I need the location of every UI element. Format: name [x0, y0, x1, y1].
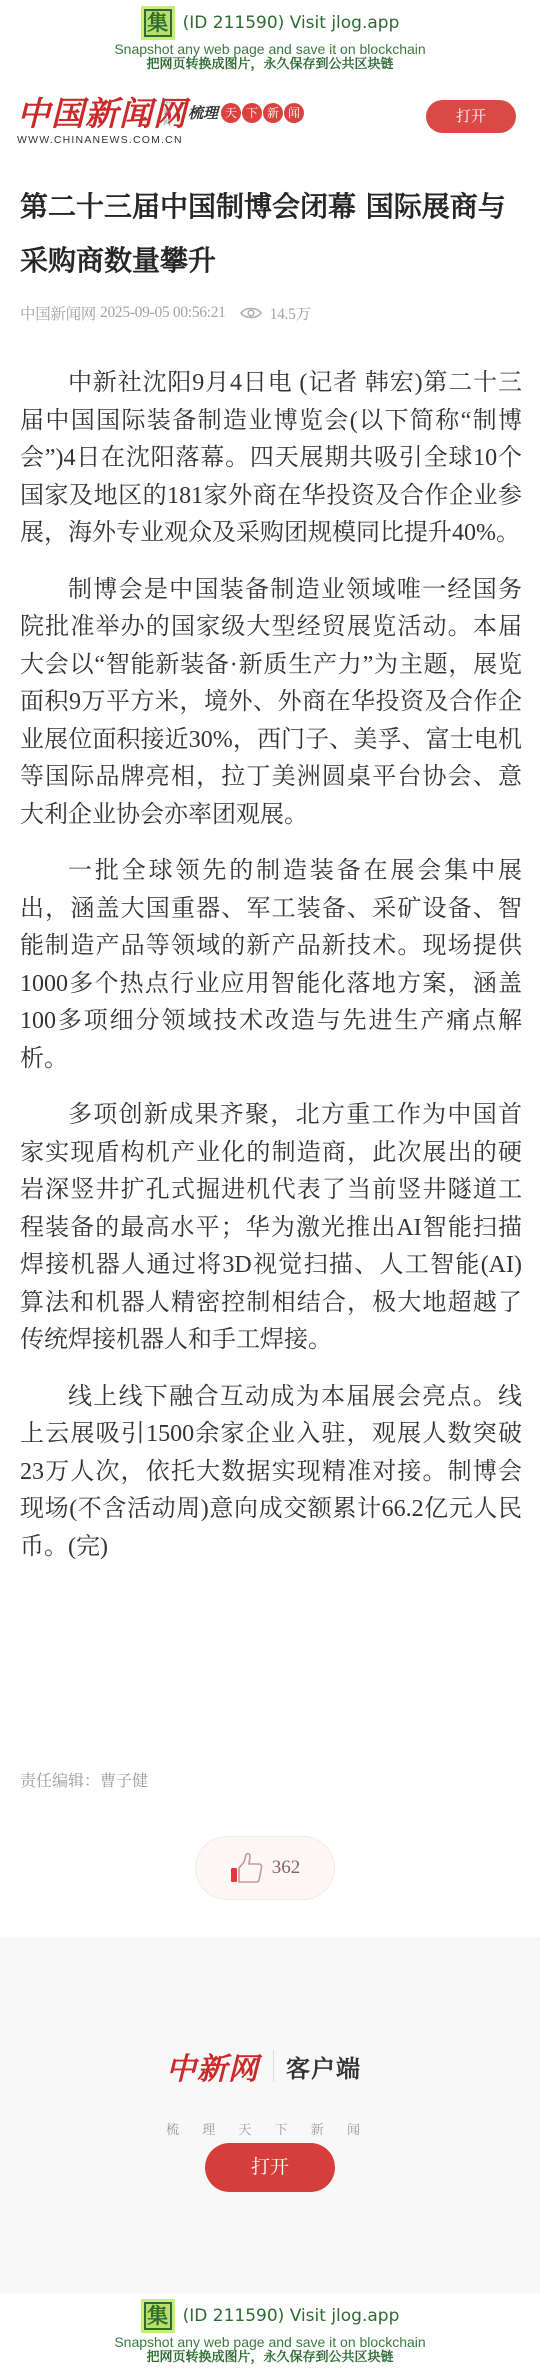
slogan-circle: 下: [242, 103, 262, 123]
site-url: WWW.CHINANEWS.COM.CN: [17, 134, 183, 146]
promo-slogan-char: 新: [311, 2119, 324, 2138]
site-header: 中国新闻网 中新网 WWW.CHINANEWS.COM.CN 梳理 天 下 新 …: [0, 80, 540, 156]
slogan-lead: 梳理: [188, 102, 218, 123]
article-paragraph: 多项创新成果齐聚，北方重工作为中国首家实现盾构机产业化的制造商，此次展出的硬岩深…: [20, 1097, 522, 1360]
promo-slogan-char: 天: [238, 2119, 251, 2138]
responsible-editor: 责任编辑：曹子健: [20, 1768, 148, 1791]
watermark-row: 集 (ID 211590) Visit jlog.app: [0, 2299, 540, 2333]
promo-divider: [273, 2050, 274, 2082]
article-paragraph: 制博会是中国装备制造业领域唯一经国务院批准举办的国家级大型经贸展览活动。本届大会…: [20, 572, 522, 835]
eye-icon: [240, 306, 262, 320]
jlog-badge-icon: 集: [141, 2299, 175, 2333]
article-paragraph: 中新社沈阳9月4日电 (记者 韩宏)第二十三届中国国际装备制造业博览会(以下简称…: [20, 365, 522, 553]
site-logo[interactable]: 中国新闻网: [17, 96, 187, 132]
view-count: 14.5万: [270, 302, 311, 324]
article-title: 第二十三届中国制博会闭幕 国际展商与采购商数量攀升: [20, 180, 520, 288]
promo-slogan-char: 下: [275, 2119, 288, 2138]
watermark-tagline-en: Snapshot any web page and save it on blo…: [0, 41, 540, 57]
header-slogan: 梳理 天 下 新 闻: [188, 102, 305, 123]
open-app-button[interactable]: 打开: [426, 100, 516, 133]
promo-slogan-char: 理: [202, 2119, 215, 2138]
promo-client-label: 客户端: [286, 2049, 361, 2084]
jlog-badge-char: 集: [144, 9, 172, 37]
watermark-tagline-cn: 把网页转换成图片，永久保存到公共区块链: [0, 57, 540, 73]
like-count: 362: [272, 1857, 301, 1879]
promo-logo: 中新网 客户端: [166, 2044, 361, 2088]
slogan-circle: 新: [263, 103, 283, 123]
watermark-id-text[interactable]: (ID 211590) Visit jlog.app: [183, 13, 400, 33]
watermark-tagline-en: Snapshot any web page and save it on blo…: [0, 2334, 540, 2350]
watermark-tagline-cn: 把网页转换成图片，永久保存到公共区块链: [0, 2350, 540, 2366]
thumbs-up-icon: [230, 1852, 264, 1884]
article-paragraph: 线上线下融合互动成为本届展会亮点。线上云展吸引1500余家企业入驻，观展人数突破…: [20, 1379, 522, 1567]
article-source: 中国新闻网: [20, 302, 96, 324]
open-app-button-bottom[interactable]: 打开: [205, 2143, 335, 2192]
article-datetime: 2025-09-05 00:56:21: [100, 304, 226, 322]
app-promo-section: 中新网 客户端 梳 理 天 下 新 闻 打开: [0, 1937, 540, 2293]
article-body: 中新社沈阳9月4日电 (记者 韩宏)第二十三届中国国际装备制造业博览会(以下简称…: [20, 365, 522, 1585]
like-button[interactable]: 362: [195, 1836, 335, 1900]
promo-brand: 中新网: [166, 2044, 259, 2088]
promo-slogan: 梳 理 天 下 新 闻: [166, 2119, 360, 2138]
jlog-watermark-bottom: 集 (ID 211590) Visit jlog.app Snapshot an…: [0, 2293, 540, 2369]
jlog-watermark-top: 集 (ID 211590) Visit jlog.app Snapshot an…: [0, 0, 540, 76]
watermark-id-text[interactable]: (ID 211590) Visit jlog.app: [183, 2306, 400, 2326]
article-meta: 中国新闻网 2025-09-05 00:56:21 14.5万: [20, 302, 311, 324]
watermark-row: 集 (ID 211590) Visit jlog.app: [0, 6, 540, 40]
jlog-badge-icon: 集: [141, 6, 175, 40]
article-paragraph: 一批全球领先的制造装备在展会集中展出，涵盖大国重器、军工装备、采矿设备、智能制造…: [20, 853, 522, 1078]
promo-slogan-char: 闻: [347, 2119, 360, 2138]
site-logo-small: 中新网: [163, 98, 173, 128]
jlog-badge-char: 集: [144, 2302, 172, 2330]
promo-slogan-char: 梳: [166, 2119, 179, 2138]
slogan-circle: 天: [221, 103, 241, 123]
slogan-circle: 闻: [284, 103, 304, 123]
